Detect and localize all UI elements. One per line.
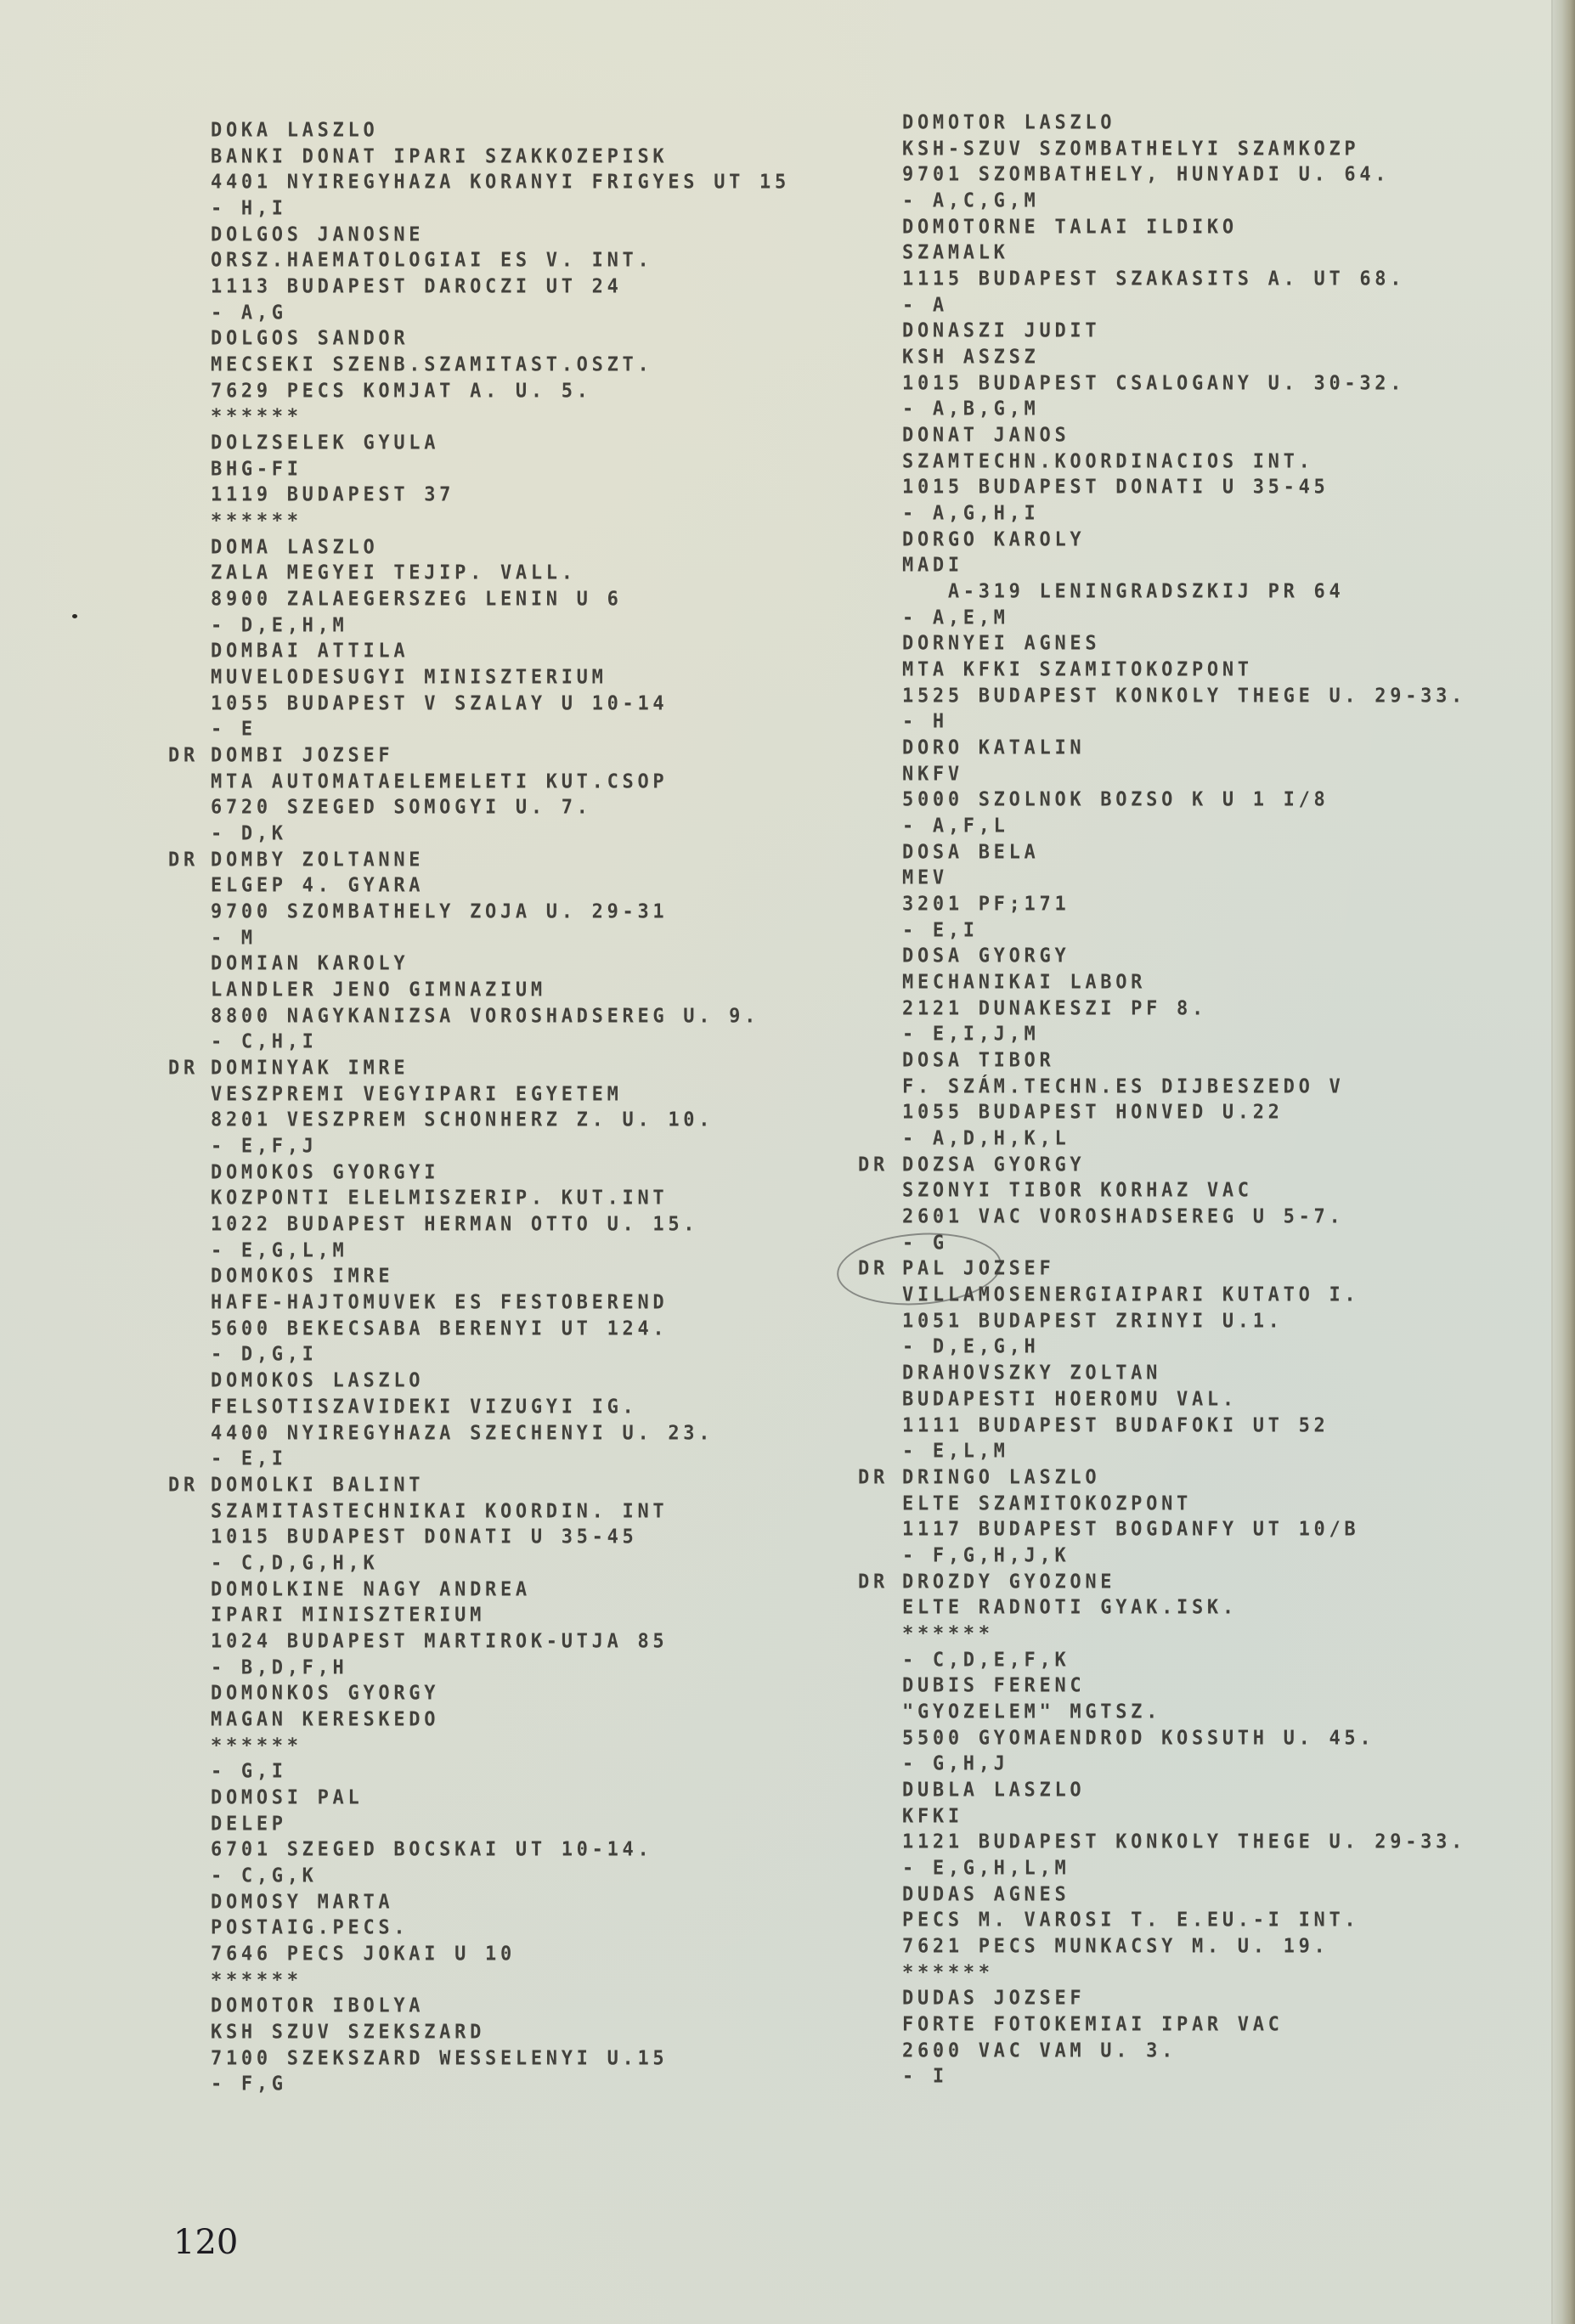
entry-text: DUDAS JOZSEF bbox=[902, 1987, 1085, 2011]
entry-text: 2121 DUNAKESZI PF 8. bbox=[902, 996, 1207, 1021]
entry-text: 5000 SZOLNOK BOZSO K U 1 I/8 bbox=[902, 788, 1329, 813]
title-prefix: DR bbox=[858, 1153, 889, 1177]
entry-text: - C,D,E,F,K bbox=[902, 1648, 1070, 1672]
entry-text: SZONYI TIBOR KORHAZ VAC bbox=[902, 1179, 1253, 1204]
entry-text: NKFV bbox=[902, 762, 963, 787]
entry-text: KSH ASZSZ bbox=[902, 345, 1040, 369]
entry-text: DRAHOVSZKY ZOLTAN bbox=[902, 1361, 1161, 1385]
entry-text: DROZDY GYOZONE bbox=[902, 1570, 1115, 1594]
entry-text: BUDAPESTI HOEROMU VAL. bbox=[902, 1387, 1238, 1412]
entry-text: - D,E,G,H bbox=[902, 1335, 1040, 1360]
entry-text: 1115 BUDAPEST SZAKASITS A. UT 68. bbox=[902, 267, 1405, 291]
entry-text: - A,E,M bbox=[902, 606, 1009, 630]
entry-text: 2600 VAC VAM U. 3. bbox=[902, 2039, 1177, 2063]
entry-text: DONAT JANOS bbox=[902, 423, 1070, 448]
entry-text: SZAMTECHN.KOORDINACIOS INT. bbox=[902, 449, 1314, 474]
entry-text: - F,G,H,J,K bbox=[902, 1543, 1070, 1568]
entry-text: ELTE RADNOTI GYAK.ISK. bbox=[902, 1595, 1238, 1620]
entry-text: A-319 LENINGRADSZKIJ PR 64 bbox=[902, 579, 1344, 604]
entry-text: MEV bbox=[902, 866, 948, 891]
entry-text: DORNYEI AGNES bbox=[902, 632, 1100, 657]
entry-text: 1525 BUDAPEST KONKOLY THEGE U. 29-33. bbox=[902, 684, 1466, 708]
entry-text: DUBLA LASZLO bbox=[902, 1778, 1085, 1802]
entry-text: DUDAS AGNES bbox=[902, 1882, 1070, 1907]
entry-text: DOZSA GYORGY bbox=[902, 1153, 1085, 1177]
entry-text: 1121 BUDAPEST KONKOLY THEGE U. 29-33. bbox=[902, 1830, 1466, 1855]
entry-text: 1117 BUDAPEST BOGDANFY UT 10/B bbox=[902, 1517, 1359, 1542]
entry-text: - I bbox=[902, 2065, 948, 2090]
entry-text: - A bbox=[902, 293, 948, 318]
entry-text: ****** bbox=[902, 1960, 994, 1985]
entry-text: DOSA TIBOR bbox=[902, 1048, 1054, 1073]
entry-text: DOMOTORNE TALAI ILDIKO bbox=[902, 215, 1238, 240]
entry-text: 1015 BUDAPEST CSALOGANY U. 30-32. bbox=[902, 371, 1405, 396]
entry-text: 3201 PF;171 bbox=[902, 892, 1070, 917]
entry-text: - E,I,J,M bbox=[902, 1023, 1040, 1047]
entry-text: "GYOZELEM" MGTSZ. bbox=[902, 1700, 1161, 1724]
entry-text: 5500 GYOMAENDROD KOSSUTH U. 45. bbox=[902, 1726, 1375, 1751]
entry-text: FORTE FOTOKEMIAI IPAR VAC bbox=[902, 2012, 1284, 2037]
entry-text: 9701 SZOMBATHELY, HUNYADI U. 64. bbox=[902, 163, 1390, 188]
entry-text: - A,C,G,M bbox=[902, 189, 1040, 213]
entry-text: DONASZI JUDIT bbox=[902, 319, 1100, 344]
entry-text: - A,D,H,K,L bbox=[902, 1126, 1070, 1151]
entry-text: - A,B,G,M bbox=[902, 398, 1040, 422]
title-prefix: DR bbox=[858, 1465, 889, 1490]
entry-text: DORO KATALIN bbox=[902, 736, 1085, 760]
entry-text: DOMOTOR LASZLO bbox=[902, 110, 1115, 135]
entry-text: - A,F,L bbox=[902, 814, 1009, 838]
entry-text: DORGO KAROLY bbox=[902, 527, 1085, 552]
entry-text: F. SZÁM.TECHN.ES DIJBESZEDO V bbox=[902, 1075, 1344, 1099]
title-prefix: DR bbox=[858, 1570, 889, 1594]
entry-text: 1111 BUDAPEST BUDAFOKI UT 52 bbox=[902, 1413, 1329, 1438]
entry-text: - H bbox=[902, 710, 948, 735]
entry-text: DOSA GYORGY bbox=[902, 945, 1070, 969]
entry-text: ELTE SZAMITOKOZPONT bbox=[902, 1492, 1192, 1516]
page-number: 120 bbox=[173, 2223, 238, 2262]
entry-text: DUBIS FERENC bbox=[902, 1673, 1085, 1698]
entry-text: ****** bbox=[902, 1622, 994, 1646]
entry-text: - G,H,J bbox=[902, 1752, 1009, 1777]
entry-text: DRINGO LASZLO bbox=[902, 1465, 1100, 1490]
entry-text: 1051 BUDAPEST ZRINYI U.1. bbox=[902, 1309, 1284, 1334]
entry-text: KSH-SZUV SZOMBATHELYI SZAMKOZP bbox=[902, 137, 1359, 161]
entry-text: KFKI bbox=[902, 1804, 963, 1829]
entry-text: MTA KFKI SZAMITOKOZPONT bbox=[902, 657, 1253, 682]
right-column: DOMOTOR LASZLOKSH-SZUV SZOMBATHELYI SZAM… bbox=[0, 0, 1575, 2324]
entry-text: 1015 BUDAPEST DONATI U 35-45 bbox=[902, 476, 1329, 500]
entry-text: - A,G,H,I bbox=[902, 501, 1040, 526]
entry-text: 2601 VAC VOROSHADSEREG U 5-7. bbox=[902, 1204, 1344, 1229]
entry-text: - E,G,H,L,M bbox=[902, 1856, 1070, 1881]
entry-text: SZAMALK bbox=[902, 241, 1009, 266]
ink-speck bbox=[72, 614, 77, 618]
entry-text: PECS M. VAROSI T. E.EU.-I INT. bbox=[902, 1909, 1359, 1933]
entry-text: 7621 PECS MUNKACSY M. U. 19. bbox=[902, 1934, 1329, 1959]
entry-text: - E,L,M bbox=[902, 1439, 1009, 1464]
entry-text: MADI bbox=[902, 554, 963, 578]
entry-text: MECHANIKAI LABOR bbox=[902, 970, 1146, 995]
entry-text: 1055 BUDAPEST HONVED U.22 bbox=[902, 1101, 1284, 1125]
entry-text: - E,I bbox=[902, 918, 979, 943]
entry-text: DOSA BELA bbox=[902, 840, 1040, 865]
